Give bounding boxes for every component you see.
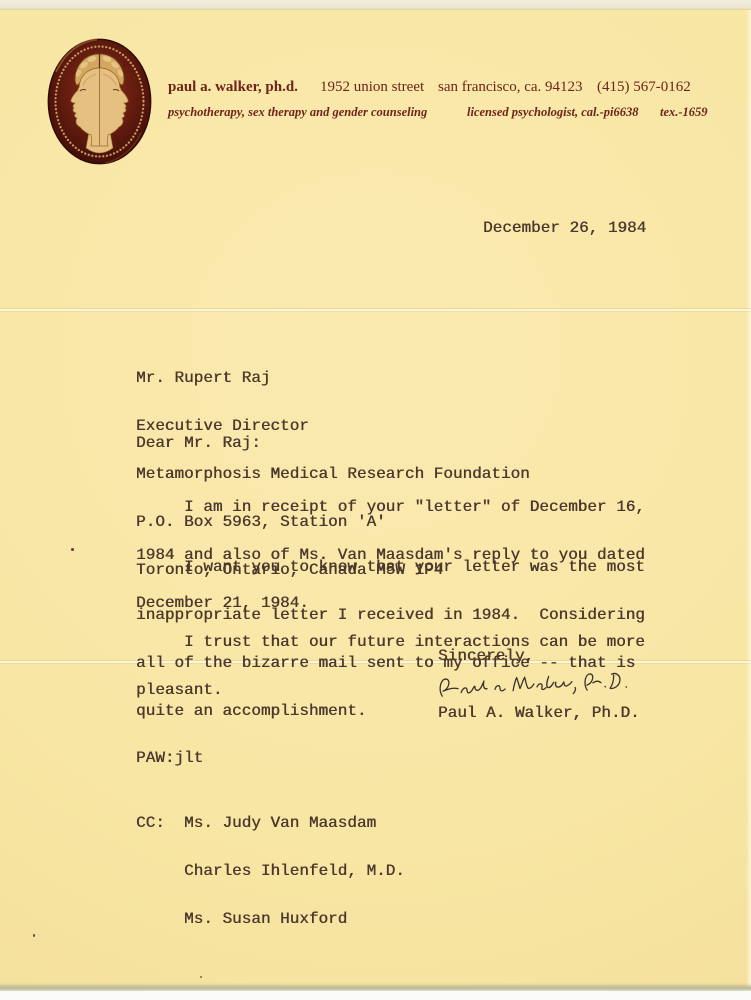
scanned-letter: paul a. walker, ph.d. 1952 union street … xyxy=(0,0,751,1000)
cc-line: CC: Ms. Judy Van Maasdam xyxy=(136,815,405,831)
body-line: I trust that our future interactions can… xyxy=(136,634,645,650)
letterhead-phone: (415) 567-0162 xyxy=(597,79,691,96)
janus-coin-icon xyxy=(47,38,152,165)
signature-typed-name: Paul A. Walker, Ph.D. xyxy=(438,705,640,721)
cc-line: Charles Ihlenfeld, M.D. xyxy=(136,863,405,879)
dust-speck xyxy=(200,976,202,978)
recipient-line: Executive Director xyxy=(136,418,530,434)
fold-crease-top xyxy=(0,308,751,312)
date-line: December 26, 1984 xyxy=(483,220,646,236)
cc-line: Ms. Susan Huxford xyxy=(136,911,405,927)
letterhead-tagline: psychotherapy, sex therapy and gender co… xyxy=(168,105,427,119)
body-line: I want you to know that your letter was … xyxy=(136,559,645,575)
letterhead-license-tex: tex.-1659 xyxy=(660,105,708,119)
scanner-bottom-strip xyxy=(0,991,751,1000)
letterhead-license: licensed psychologist, cal.-pi6638 xyxy=(467,105,639,119)
reference-initials: PAW:jlt xyxy=(136,750,203,766)
letterhead-city: san francisco, ca. 94123 xyxy=(438,79,583,96)
scanner-top-strip xyxy=(0,0,751,10)
body-line: I am in receipt of your "letter" of Dece… xyxy=(136,499,645,515)
handwritten-signature: Paul a Walker, Ph.D. xyxy=(434,667,631,708)
paper-right-edge xyxy=(746,10,751,987)
dust-speck xyxy=(71,548,74,551)
salutation: Dear Mr. Raj: xyxy=(136,435,261,451)
cc-block: CC: Ms. Judy Van Maasdam Charles Ihlenfe… xyxy=(136,783,405,959)
recipient-line: Mr. Rupert Raj xyxy=(136,370,530,386)
dust-speck xyxy=(33,934,35,937)
letterhead-name: paul a. walker, ph.d. xyxy=(168,79,298,96)
letterhead-street: 1952 union street xyxy=(320,79,424,96)
closing: Sincerely, xyxy=(438,648,534,664)
